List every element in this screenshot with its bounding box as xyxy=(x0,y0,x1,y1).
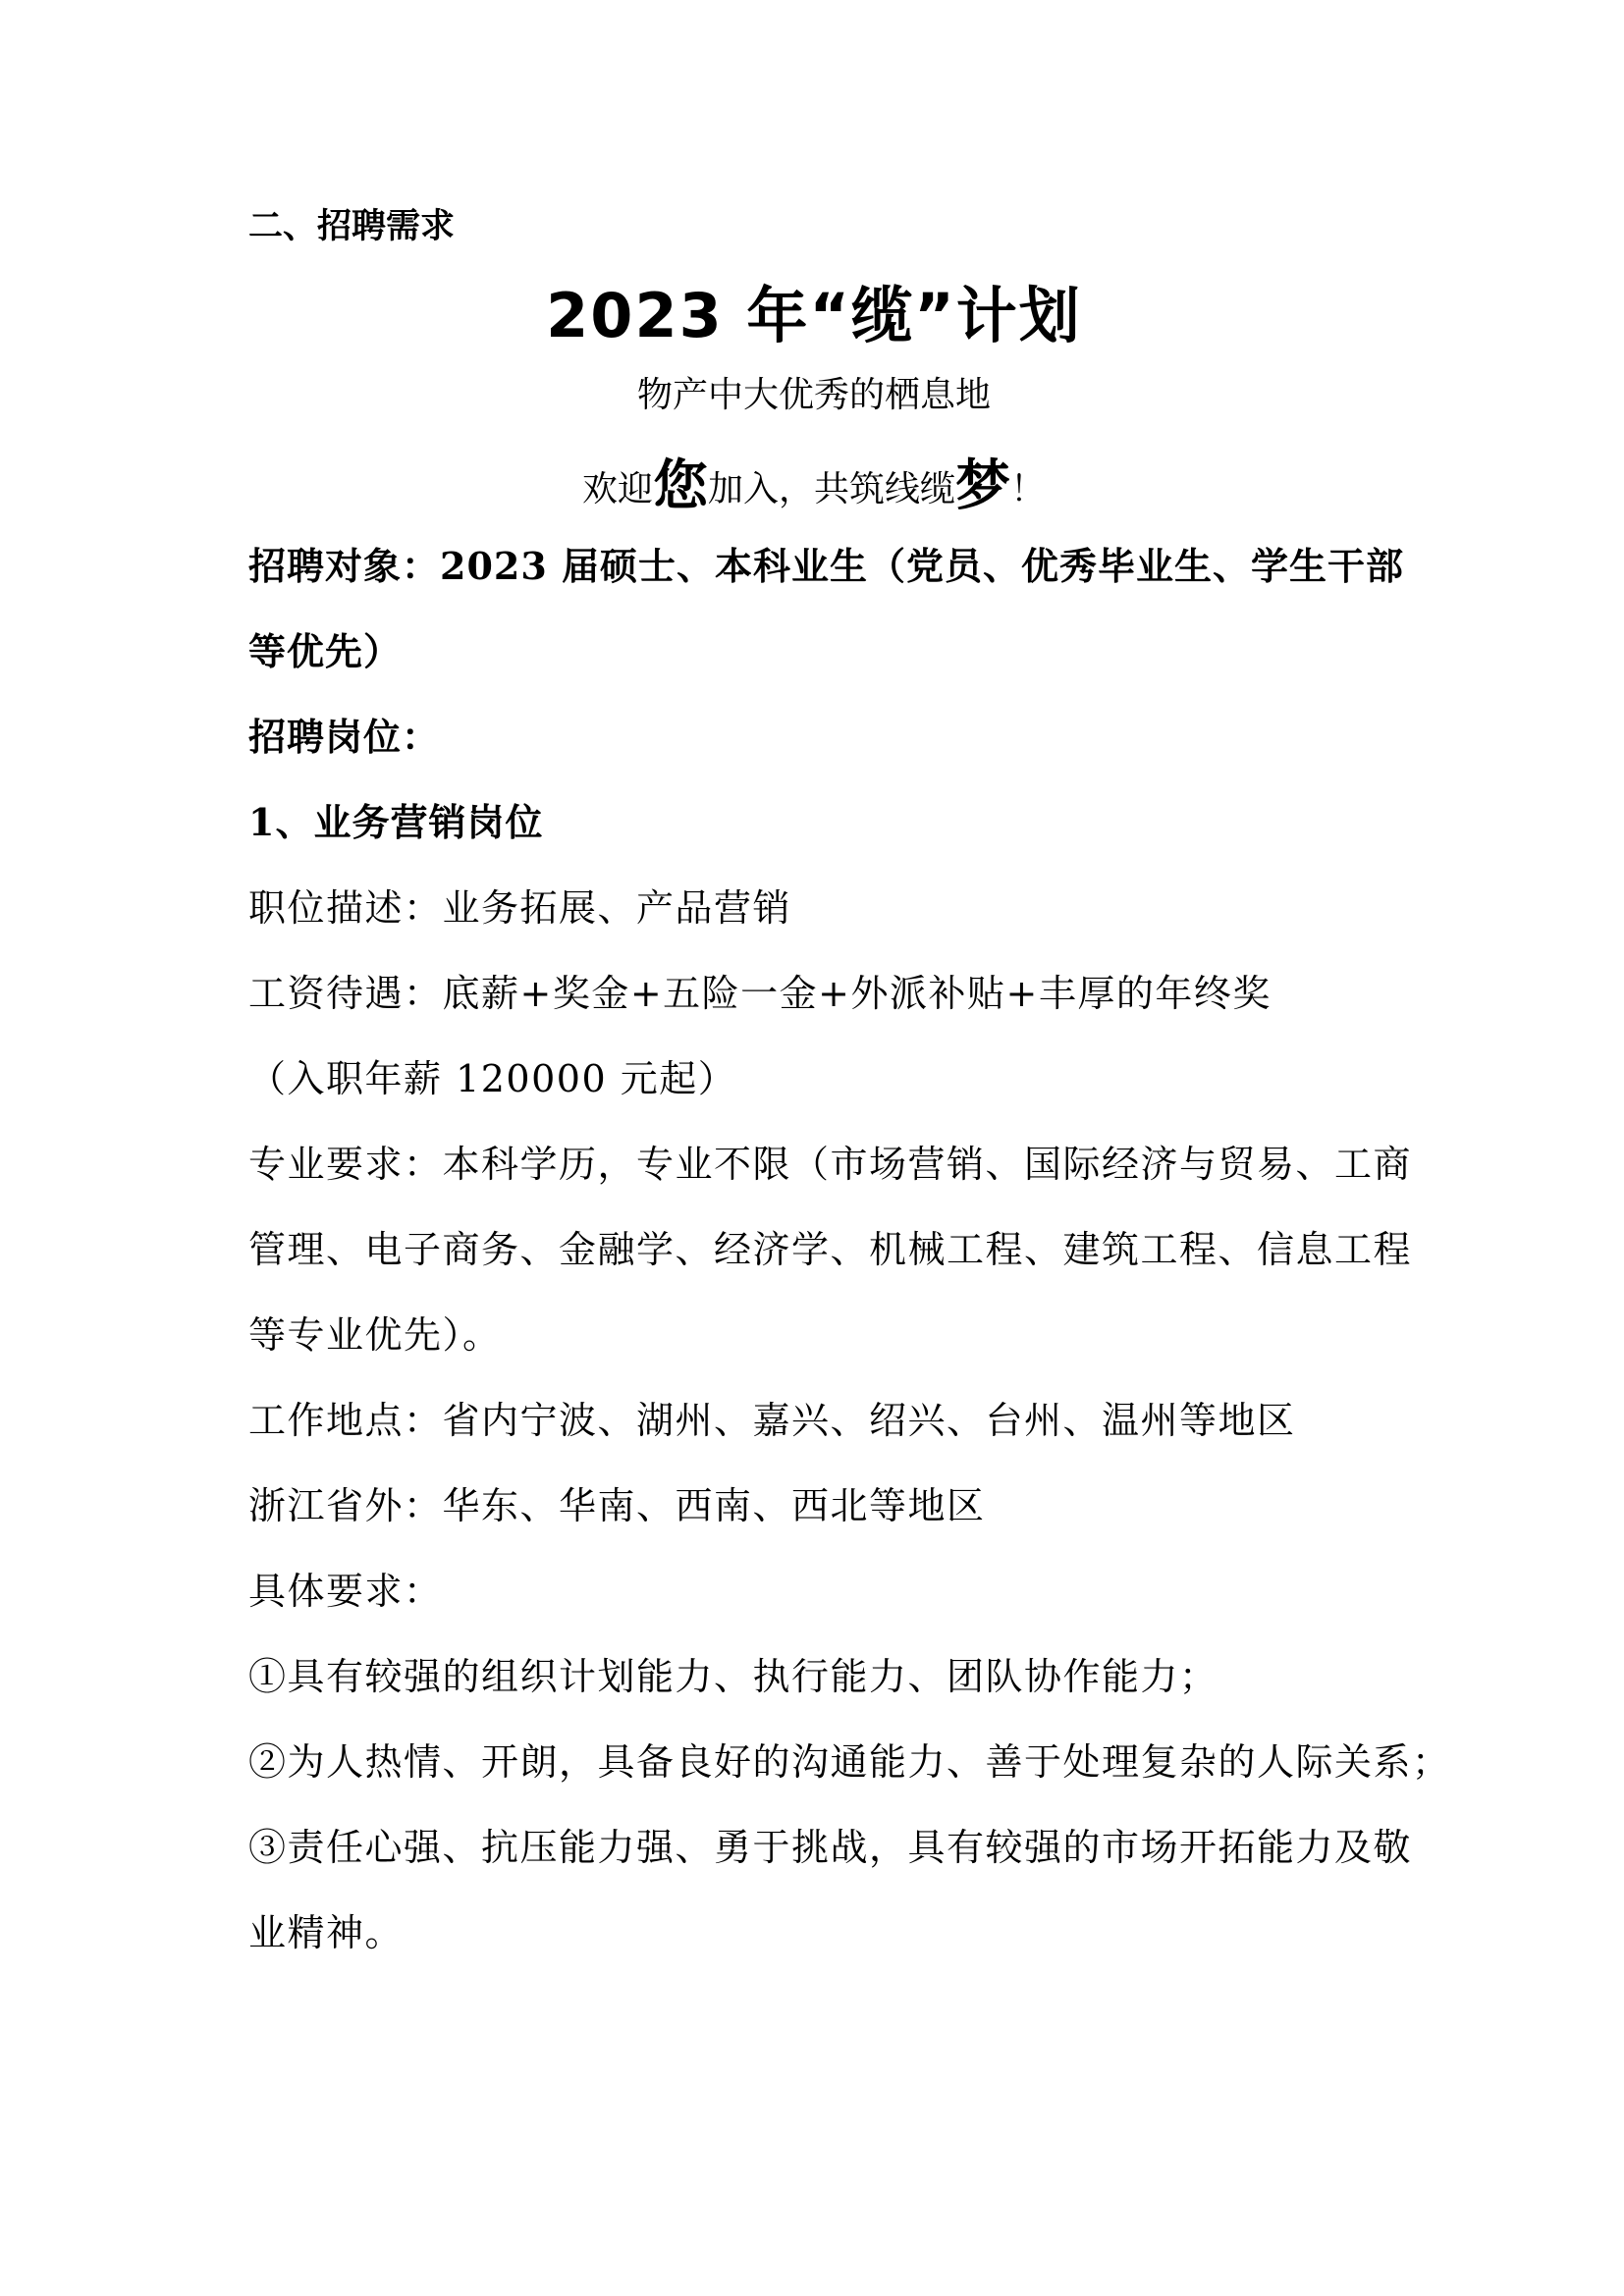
work-location-in-province: 工作地点：省内宁波、湖州、嘉兴、绍兴、台州、温州等地区 xyxy=(248,1402,1296,1439)
salary-note: （入职年薪 120000 元起） xyxy=(248,1060,736,1097)
recruit-target-line1: 招聘对象：2023 届硕士、本科业生（党员、优秀毕业生、学生干部 xyxy=(248,548,1404,585)
section-heading: 二、招聘需求 xyxy=(248,210,455,244)
position-description: 职位描述：业务拓展、产品营销 xyxy=(248,889,791,927)
recruit-target-line2: 等优先） xyxy=(248,633,402,670)
requirement-item: ②为人热情、开朗，具备良好的沟通能力、善于处理复杂的人际关系； xyxy=(248,1743,1451,1781)
requirement-item-continued: 业精神。 xyxy=(248,1914,404,1951)
major-requirement-line2: 管理、电子商务、金融学、经济学、机械工程、建筑工程、信息工程 xyxy=(248,1231,1412,1268)
welcome-emphasis-dream: 梦 xyxy=(955,454,1010,518)
welcome-emphasis-you: 您 xyxy=(653,454,708,518)
welcome-part3: ！ xyxy=(1010,469,1046,509)
major-requirement-line3: 等专业优先）。 xyxy=(248,1316,502,1354)
subtitle: 物产中大优秀的栖息地 xyxy=(248,378,1380,413)
document-page: 二、招聘需求 2023 年“缆”计划 物产中大优秀的栖息地 欢迎您加入，共筑线缆… xyxy=(0,0,1624,2296)
welcome-part2: 加入，共筑线缆 xyxy=(708,469,955,509)
major-requirement-line1: 专业要求：本科学历，专业不限（市场营销、国际经济与贸易、工商 xyxy=(248,1146,1412,1183)
requirement-item: ①具有较强的组织计划能力、执行能力、团队协作能力； xyxy=(248,1658,1218,1695)
welcome-slogan: 欢迎您加入，共筑线缆梦！ xyxy=(248,459,1380,514)
work-location-out-province: 浙江省外：华东、华南、西南、西北等地区 xyxy=(248,1487,986,1524)
positions-label: 招聘岗位： xyxy=(248,719,440,756)
welcome-part1: 欢迎 xyxy=(582,469,653,509)
page-title: 2023 年“缆”计划 xyxy=(248,286,1380,347)
position-name: 1、业务营销岗位 xyxy=(248,804,543,841)
requirements-label: 具体要求： xyxy=(248,1573,443,1610)
requirement-item: ③责任心强、抗压能力强、勇于挑战，具有较强的市场开拓能力及敬 xyxy=(248,1829,1412,1866)
salary: 工资待遇：底薪+奖金+五险一金+外派补贴+丰厚的年终奖 xyxy=(248,975,1272,1012)
